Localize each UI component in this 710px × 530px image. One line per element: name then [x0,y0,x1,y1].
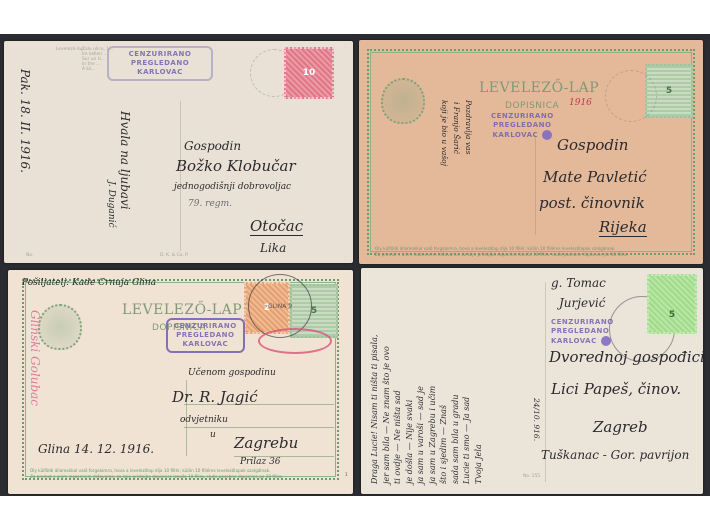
sender-message-line: i Franjo Šarić [452,102,461,154]
coat-of-arms-icon [38,304,82,350]
address-city: Rijeka [599,218,647,237]
censor-line: CENZURIRANO [551,318,614,327]
censor-line: KARLOVAC [492,131,538,139]
message-line: ti ovdje — Ne ništa sad [392,284,404,484]
message-line: Lucie ti smo — Ja sad [461,284,473,484]
printed-line: A kü... [82,67,96,72]
year-note: 1916 [569,98,592,108]
sender-top: Pošiljatelj: Kade Crnuja Glina [22,278,156,288]
address-city: Zagreb [593,418,648,436]
address-salutation: Učenom gospodinu [188,368,276,378]
place-date: Glina 14. 12. 1916. [38,442,154,456]
censor-line: KARLOVAC [551,337,597,345]
red-crayon-mark [258,328,332,354]
sender-signature: J. Duganić [106,181,116,228]
message-text: Draga Lucie! Nisam ti ništa ti pisala, j… [369,284,484,484]
address-title: odvjetniku [180,415,228,425]
message-line: ja sam u varoši — sad je [415,284,427,484]
message-line: sada sam bila u gradu [450,284,462,484]
sender-side: Glinski Golubac [28,310,42,406]
message-date: 24/10. 916. [532,398,541,441]
address-street: Prilaz 36 [240,457,281,467]
address-city: Zagrebu [234,434,298,452]
address-name: Lici Papeš, činov. [551,380,681,398]
censor-mark-icon [542,130,552,140]
postcard-3: Pošiljatelj: Kade Crnuja Glina LEVELEZŐ-… [8,270,353,494]
card-title: LEVELEZŐ-LAP [479,80,599,96]
side-number: 1 [345,472,348,478]
censor-line: PREGLEDANO [115,59,205,68]
message-line: jer sam bila — Ne znam što je ovo [381,284,393,484]
address-name: Božko Klobučar [176,157,296,175]
footer-no: No. [26,253,33,258]
printed-header: Levelezö-lap. [56,47,85,52]
censor-line: CENZURIRANO [491,112,554,121]
censor-line: PREGLEDANO [174,331,237,340]
censor-stamp: CENZURIRANO PREGLEDANO KARLOVAC [166,318,245,353]
censor-stamp: CENZURIRANO PREGLEDANO KARLOVAC [551,318,614,346]
censor-line: PREGLEDANO [551,327,614,336]
card-subtitle: DOPISNICA [505,101,559,111]
censor-line: PREGLEDANO [491,121,554,130]
card-title: LEVELEZŐ-LAP [122,302,242,318]
address-unit: 79. regm. [188,199,232,209]
address-salutation: Gospodin [184,139,241,153]
address-name: Mate Pavletić [543,168,647,186]
censor-line: KARLOVAC [115,68,205,77]
address-salutation: Gospodin [557,136,628,154]
stamp-value: 5 [669,310,675,320]
stamp-value: 5 [666,86,672,96]
sender-date: Pak. 18. II. 1916. [18,69,32,173]
postcard-2: LEVELEZŐ-LAP DOPISNICA 1916 5 CENZURIRAN… [359,40,703,264]
stamp-10-filler: 10 [284,47,334,99]
fine-print-hr: Za promet s onim inozemnim državama, za … [30,474,283,480]
address-title: post. činovnik [539,194,645,212]
footer-no: No. 155. [523,474,541,479]
address-prefix: u [210,430,216,440]
stamp-5-filler: 5 [647,274,697,334]
address-title: jednogodišnji dobrovoljac [174,182,291,192]
card-divider [180,101,181,251]
address-name: Dr. R. Jagić [172,388,258,406]
postmark [605,70,657,122]
censor-line: CENZURIRANO [174,322,237,331]
postmark-text: GLINA 9 [268,303,292,310]
censor-stamp: CENZURIRANO PREGLEDANO KARLOVAC [107,46,213,81]
address-city: Otočac [250,217,303,236]
fine-print-hr: Za promet s onim inozemnim državama, za … [375,252,628,258]
sender-message-line: Pozdravlja vas [464,100,473,154]
stamp-value: 10 [303,68,316,78]
message-line: Tvoja Jela [473,284,485,484]
message-line: ja sam u Zagrebu i učim [427,284,439,484]
address-street: Tuškanac - Gor. pavrijon [541,448,689,462]
footer-publisher: D. K. & Co. P. [160,253,189,258]
message-line: Draga Lucie! Nisam ti ništa ti pisala, [369,284,381,484]
censor-line: KARLOVAC [174,340,237,349]
address-salutation: Dvorednoj gospođici [549,348,703,366]
censor-stamp: CENZURIRANO PREGLEDANO KARLOVAC [491,112,554,140]
message-line: je došla — Nije svaki [404,284,416,484]
coat-of-arms-icon [381,78,425,124]
address-region: Lika [260,241,286,255]
censor-line: CENZURIRANO [115,50,205,59]
message-line: što i sjedim — Znaš [438,284,450,484]
sender-greeting: Hvala na ljubavi [118,111,132,210]
card-divider [535,135,536,235]
sender-name: g. Tomac [551,276,606,290]
postcard-4: Draga Lucie! Nisam ti ništa ti pisala, j… [361,268,703,494]
address-line [184,427,334,428]
sender-surname: Jurjević [559,296,605,310]
postcard-1: Levelezö-lap. Zalu ulicu, 1... Im kellen… [4,41,353,263]
sender-message-line: koji je bio u vašoj [440,100,449,166]
